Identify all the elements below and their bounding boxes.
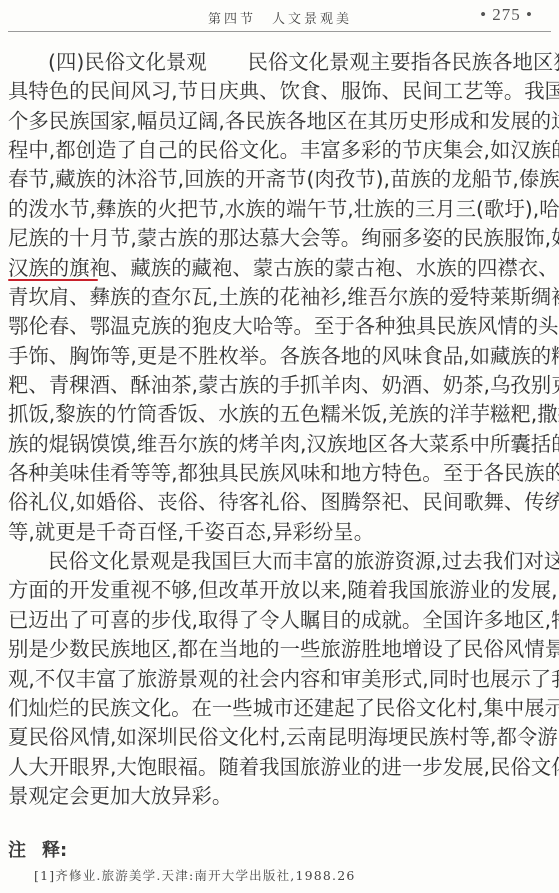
footnote-item: [1]齐修业.旅游美学.天津:南开大学出版社,1988.26 bbox=[34, 866, 356, 884]
text-line: 具特色的民间风习,节日庆典、饮食、服饰、民间工艺等。我国是一 bbox=[8, 77, 551, 106]
text-line: 别是少数民族地区,都在当地的一些旅游胜地增设了民俗风情景 bbox=[8, 635, 551, 664]
page-number: • 275 • bbox=[480, 5, 533, 25]
text-line: 青坎肩、彝族的查尔瓦,土族的花袖衫,维吾尔族的爱特莱斯绸裙, bbox=[8, 283, 551, 312]
body-text: (四)民俗文化景观 民俗文化景观主要指各民族各地区独 具特色的民间风习,节日庆典… bbox=[8, 48, 551, 811]
text-line: 族的焜锅馍馍,维吾尔族的烤羊肉,汉族地区各大菜系中所囊括的 bbox=[8, 430, 551, 459]
notes-heading: 注释: bbox=[8, 836, 67, 862]
text-line: 尼族的十月节,蒙古族的那达慕大会等。绚丽多姿的民族服饰,如 bbox=[8, 224, 551, 253]
text-line: 观,不仅丰富了旅游景观的社会内容和审美形式,同时也展示了我 bbox=[8, 665, 551, 694]
text-line: 人大开眼界,大饱眼福。随着我国旅游业的进一步发展,民俗文化 bbox=[8, 753, 551, 782]
text-line: 鄂伦春、鄂温克族的狍皮大哈等。至于各种独具民族风情的头饰、 bbox=[8, 312, 551, 341]
text-line: 们灿烂的民族文化。在一些城市还建起了民俗文化村,集中展示华 bbox=[8, 694, 551, 723]
text-line: 的泼水节,彝族的火把节,水族的端午节,壮族的三月三(歌圩),哈 bbox=[8, 195, 551, 224]
text-line: 景观定会更加大放异彩。 bbox=[8, 782, 551, 811]
text-line: 抓饭,黎族的竹筒香饭、水族的五色糯米饭,羌族的洋芋糍粑,撒拉 bbox=[8, 400, 551, 429]
text-line: 俗礼仪,如婚俗、丧俗、待客礼俗、图腾祭祀、民间歌舞、传统工艺 bbox=[8, 488, 551, 517]
text-line: (四)民俗文化景观 民俗文化景观主要指各民族各地区独 bbox=[8, 48, 551, 77]
text-line: 粑、青稞酒、酥油茶,蒙古族的手抓羊肉、奶酒、奶茶,乌孜别克族的 bbox=[8, 371, 551, 400]
notes-heading-left: 注 bbox=[8, 840, 26, 861]
text-line: 方面的开发重视不够,但改革开放以来,随着我国旅游业的发展, bbox=[8, 576, 551, 605]
text-line: 春节,藏族的沐浴节,回族的开斋节(肉孜节),苗族的龙船节,傣族 bbox=[8, 165, 551, 194]
text-line: 程中,都创造了自己的民俗文化。丰富多彩的节庆集会,如汉族的 bbox=[8, 136, 551, 165]
text-line: 个多民族国家,幅员辽阔,各民族各地区在其历史形成和发展的过 bbox=[8, 107, 551, 136]
notes-heading-right: 释: bbox=[42, 840, 67, 861]
text-line: 民俗文化景观是我国巨大而丰富的旅游资源,过去我们对这 bbox=[8, 547, 551, 576]
text-line: 手饰、胸饰等,更是不胜枚举。各族各地的风味食品,如藏族的糌 bbox=[8, 342, 551, 371]
section-title: 第四节 人文景观美 bbox=[208, 8, 352, 27]
text-line: 各种美味佳肴等等,都独具民族风味和地方特色。至于各民族的风 bbox=[8, 459, 551, 488]
text-line: 等,就更是千奇百怪,千姿百态,异彩纷呈。 bbox=[8, 518, 551, 547]
running-header: 第四节 人文景观美 • 275 • bbox=[8, 0, 551, 32]
red-underline-annotation bbox=[8, 279, 98, 281]
text-line: 已迈出了可喜的步伐,取得了令人瞩目的成就。全国许多地区,特 bbox=[8, 606, 551, 635]
text-line: 夏民俗风情,如深圳民俗文化村,云南昆明海埂民族村等,都令游 bbox=[8, 723, 551, 752]
